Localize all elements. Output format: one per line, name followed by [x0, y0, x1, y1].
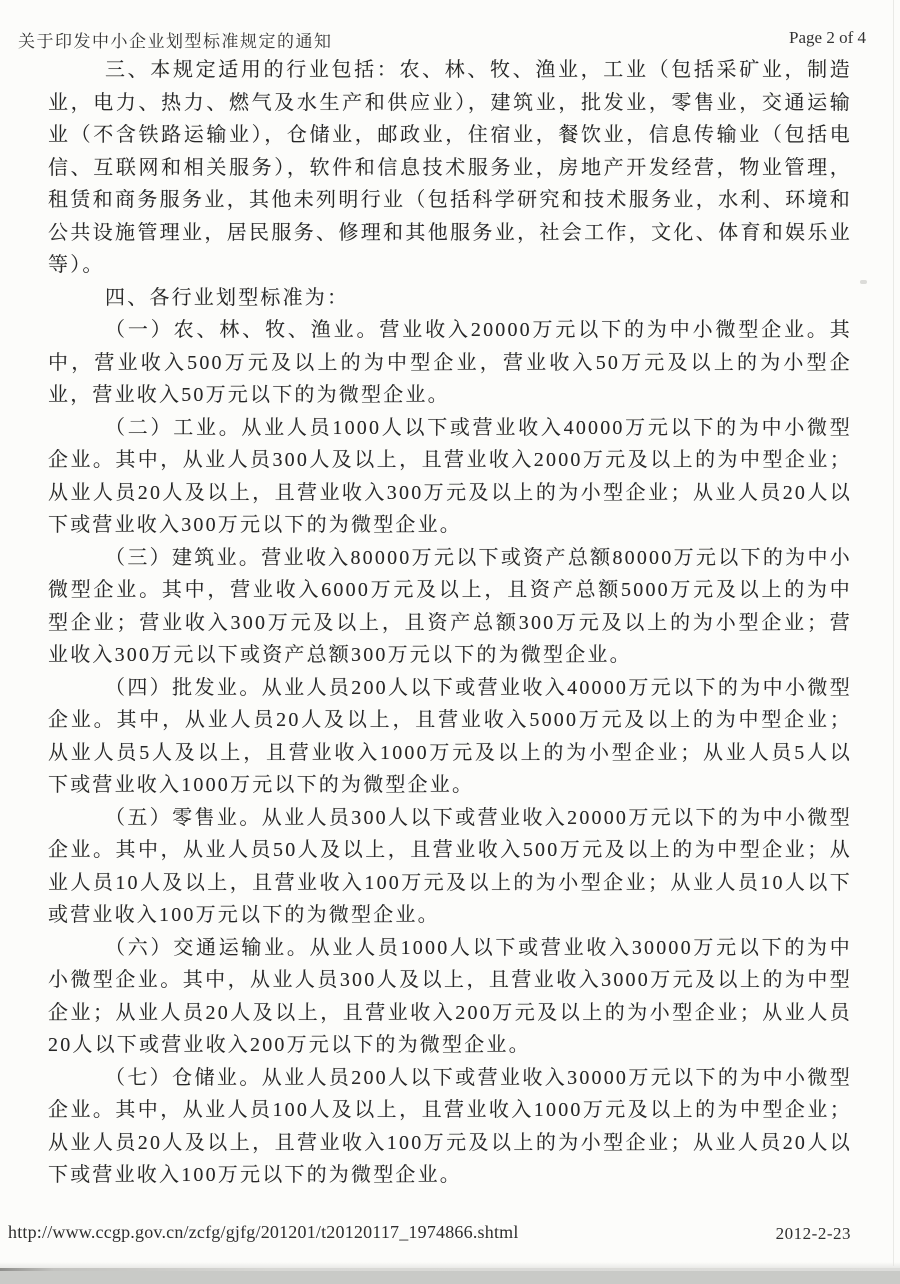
- scan-background-band: [0, 1271, 900, 1284]
- paragraph: （六）交通运输业。从业人员1000人以下或营业收入30000万元以下的为中小微型…: [48, 932, 852, 1062]
- scan-right-edge-line: [893, 0, 894, 1266]
- page-number-label: Page 2 of 4: [789, 28, 866, 48]
- footer-print-date: 2012-2-23: [776, 1224, 851, 1244]
- paragraph: （七）仓储业。从业人员200人以下或营业收入30000万元以下的为中小微型企业。…: [48, 1062, 852, 1192]
- paragraph: （四）批发业。从业人员200人以下或营业收入40000万元以下的为中小微型企业。…: [48, 672, 852, 802]
- paragraph: 四、各行业划型标准为：: [48, 282, 852, 315]
- paragraph: （三）建筑业。营业收入80000万元以下或资产总额80000万元以下的为中小微型…: [48, 542, 852, 672]
- paragraph: （一）农、林、牧、渔业。营业收入20000万元以下的为中小微型企业。其中，营业收…: [48, 314, 852, 412]
- paragraph: 三、本规定适用的行业包括：农、林、牧、渔业，工业（包括采矿业，制造业，电力、热力…: [48, 54, 852, 282]
- scanned-document-page: 关于印发中小企业划型标准规定的通知 Page 2 of 4 三、本规定适用的行业…: [0, 0, 900, 1284]
- footer-source-url: http://www.ccgp.gov.cn/zcfg/gjfg/201201/…: [8, 1222, 519, 1243]
- document-body: 三、本规定适用的行业包括：农、林、牧、渔业，工业（包括采矿业，制造业，电力、热力…: [48, 54, 852, 1192]
- document-header-title: 关于印发中小企业划型标准规定的通知: [18, 27, 333, 52]
- paragraph: （五）零售业。从业人员300人以下或营业收入20000万元以下的为中小微型企业。…: [48, 802, 852, 932]
- scan-speck: [860, 280, 867, 284]
- paragraph: （二）工业。从业人员1000人以下或营业收入40000万元以下的为中小微型企业。…: [48, 412, 852, 542]
